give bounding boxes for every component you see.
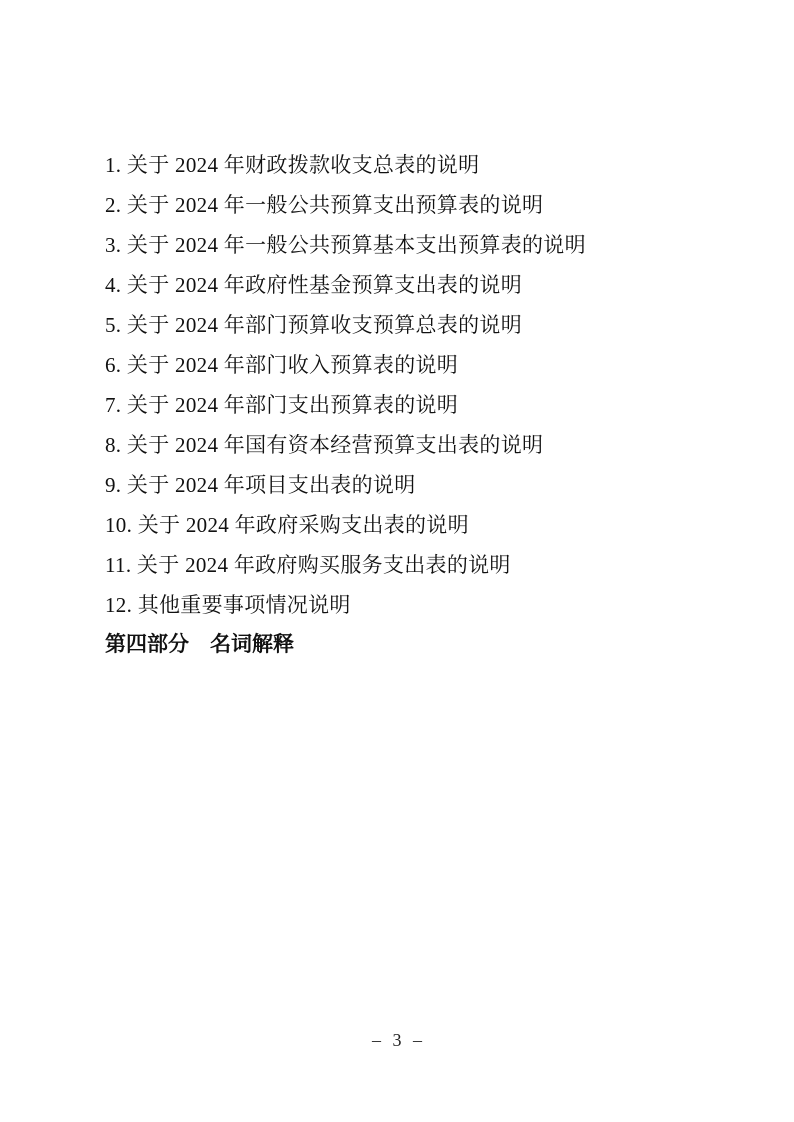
toc-item: 7. 关于 2024 年部门支出预算表的说明 — [105, 385, 719, 425]
toc-item: 9. 关于 2024 年项目支出表的说明 — [105, 465, 719, 505]
toc-item: 6. 关于 2024 年部门收入预算表的说明 — [105, 345, 719, 385]
page-number: – 3 – — [0, 1028, 794, 1052]
toc-item: 11. 关于 2024 年政府购买服务支出表的说明 — [105, 545, 719, 585]
toc-item: 8. 关于 2024 年国有资本经营预算支出表的说明 — [105, 425, 719, 465]
toc-item: 10. 关于 2024 年政府采购支出表的说明 — [105, 505, 719, 545]
section-heading: 第四部分 名词解释 — [105, 625, 719, 665]
toc-item: 2. 关于 2024 年一般公共预算支出预算表的说明 — [105, 185, 719, 225]
toc-item: 4. 关于 2024 年政府性基金预算支出表的说明 — [105, 265, 719, 305]
toc-item: 3. 关于 2024 年一般公共预算基本支出预算表的说明 — [105, 225, 719, 265]
document-page: 1. 关于 2024 年财政拨款收支总表的说明 2. 关于 2024 年一般公共… — [0, 0, 794, 1122]
table-of-contents: 1. 关于 2024 年财政拨款收支总表的说明 2. 关于 2024 年一般公共… — [105, 145, 719, 665]
toc-item: 1. 关于 2024 年财政拨款收支总表的说明 — [105, 145, 719, 185]
toc-item: 12. 其他重要事项情况说明 — [105, 585, 719, 625]
toc-item: 5. 关于 2024 年部门预算收支预算总表的说明 — [105, 305, 719, 345]
